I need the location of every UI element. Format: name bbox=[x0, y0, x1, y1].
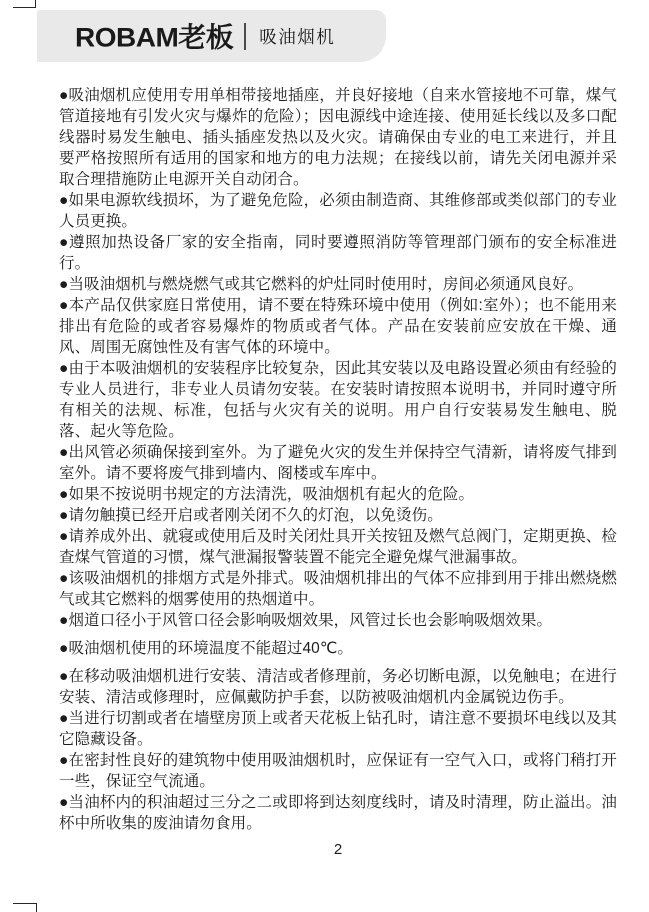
safety-note: ●请勿触摸已经开启或者刚关闭不久的灯泡，以免烫伤。 bbox=[59, 505, 617, 526]
crop-mark-top-left-horizontal bbox=[13, 7, 36, 8]
page-number: 2 bbox=[59, 841, 617, 858]
header-divider-line bbox=[244, 23, 246, 50]
safety-note: ●请养成外出、就寝或使用后及时关闭灶具开关按钮及燃气总阀门，定期更换、检查煤气管… bbox=[59, 526, 617, 568]
header-banner: ROBAM老板 吸油烟机 bbox=[37, 10, 386, 62]
safety-note: ●当吸油烟机与燃烧燃气或其它燃料的炉灶同时使用时，房间必须通风良好。 bbox=[59, 274, 617, 295]
safety-note: ●吸油烟机应使用专用单相带接地插座，并良好接地（自来水管接地不可靠，煤气管道接地… bbox=[59, 85, 617, 190]
safety-note: ●遵照加热设备厂家的安全指南，同时要遵照消防等管理部门颁布的安全标准进行。 bbox=[59, 232, 617, 274]
safety-note: ●由于本吸油烟机的安装程序比较复杂，因此其安装以及电路设置必须由有经验的专业人员… bbox=[59, 358, 617, 442]
safety-note: ●如果电源软线损坏，为了避免危险，必须由制造商、其维修部或类似部门的专业人员更换… bbox=[59, 190, 617, 232]
crop-mark-bottom-left-vertical bbox=[36, 903, 37, 912]
safety-note: ●本产品仅供家庭日常使用，请不要在特殊环境中使用（例如:室外）；也不能用来排出有… bbox=[59, 295, 617, 358]
safety-note: ●烟道口径小于风管口径会影响吸烟效果，风管过长也会影响吸烟效果。 bbox=[59, 610, 617, 631]
safety-note: ●该吸油烟机的排烟方式是外排式。吸油烟机排出的气体不应排到用于排出燃烧燃气或其它… bbox=[59, 568, 617, 610]
safety-note: ●吸油烟机使用的环境温度不能超过40℃。 bbox=[59, 638, 617, 659]
product-category-label: 吸油烟机 bbox=[259, 24, 335, 49]
robam-brand-logo: ROBAM老板 bbox=[75, 17, 233, 56]
safety-note: ●出风管必须确保接到室外。为了避免火灾的发生并保持空气清新，请将废气排到室外。请… bbox=[59, 442, 617, 484]
safety-note: ●在密封性良好的建筑物中使用吸油烟机时，应保证有一空气入口，或将门稍打开一些，保… bbox=[59, 750, 617, 792]
safety-note: ●在移动吸油烟机进行安装、清洁或者修理前，务必切断电源，以免触电；在进行安装、清… bbox=[59, 666, 617, 708]
safety-note: ●当进行切割或者在墙壁房顶上或者天花板上钻孔时，请注意不要损坏电线以及其它隐藏设… bbox=[59, 708, 617, 750]
crop-mark-bottom-left-horizontal bbox=[13, 903, 37, 904]
manual-page: ROBAM老板 吸油烟机 ●吸油烟机应使用专用单相带接地插座，并良好接地（自来水… bbox=[0, 0, 649, 912]
safety-note: ●当油杯内的积油超过三分之二或即将到达刻度线时，请及时清理，防止溢出。油杯中所收… bbox=[59, 792, 617, 834]
safety-note: ●如果不按说明书规定的方法清洗，吸油烟机有起火的危险。 bbox=[59, 484, 617, 505]
safety-notes-section: ●吸油烟机应使用专用单相带接地插座，并良好接地（自来水管接地不可靠，煤气管道接地… bbox=[59, 85, 617, 834]
